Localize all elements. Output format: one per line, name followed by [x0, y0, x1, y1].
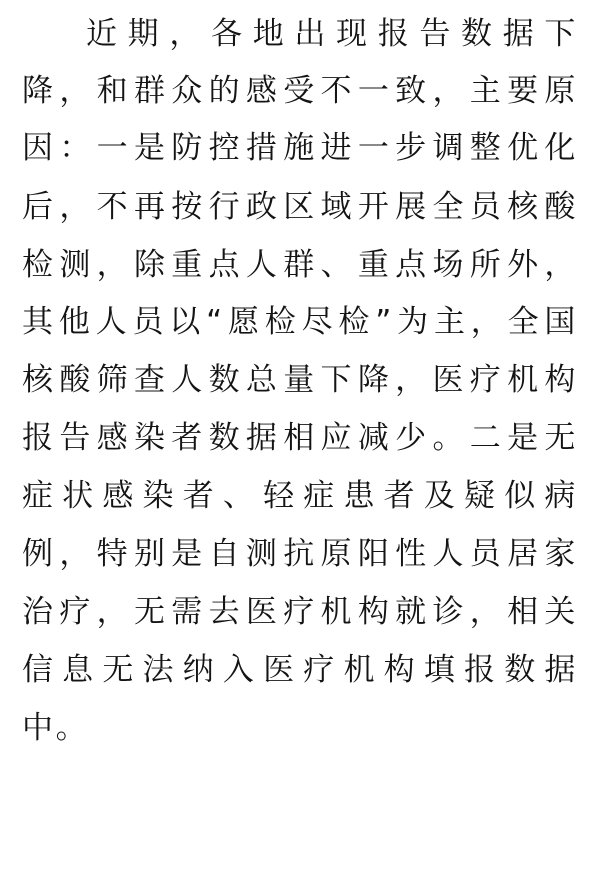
- paragraph-line-3: 因：一是防控措施进一步调整优化: [22, 128, 578, 168]
- paragraph-line-12: 信息无法纳入医疗机构填报数据: [22, 650, 578, 690]
- paragraph-line-8: 报告感染者数据相应减少。二是无: [22, 418, 578, 458]
- paragraph-line-11: 治疗，无需去医疗机构就诊，相关: [22, 592, 578, 632]
- paragraph-line-13: 中。: [22, 708, 578, 748]
- paragraph-line-7: 核酸筛查人数总量下降，医疗机构: [22, 360, 578, 400]
- paragraph-line-9: 症状感染者、轻症患者及疑似病: [22, 476, 578, 516]
- paragraph-line-4: 后，不再按行政区域开展全员核酸: [22, 187, 578, 227]
- paragraph-line-1: 近期，各地出现报告数据下: [86, 14, 578, 54]
- paragraph-line-6: 其他人员以“愿检尽检”为主，全国: [22, 302, 578, 342]
- paragraph-line-10: 例，特别是自测抗原阳性人员居家: [22, 534, 578, 574]
- document-page: 近期，各地出现报告数据下 降，和群众的感受不一致，主要原 因：一是防控措施进一步…: [0, 0, 600, 869]
- paragraph-line-2: 降，和群众的感受不一致，主要原: [22, 71, 578, 111]
- paragraph-line-5: 检测，除重点人群、重点场所外，: [22, 245, 578, 285]
